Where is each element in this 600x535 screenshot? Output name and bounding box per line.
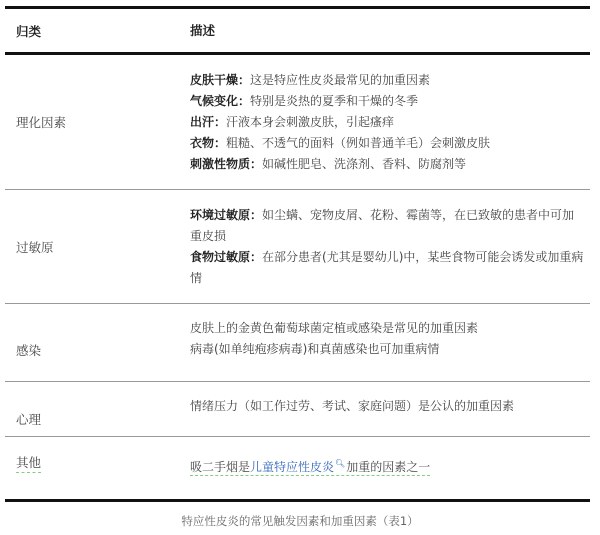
- category-cell: 过敏原: [5, 190, 185, 303]
- description-line: 衣物：粗糙、不透气的面料（例如普通羊毛）会刺激皮肤: [190, 133, 590, 154]
- description-line: 刺激性物质：如碱性肥皂、洗涤剂、香料、防腐剂等: [190, 154, 590, 175]
- table-row: 心理 情绪压力（如工作过劳、考试、家庭问题）是公认的加重因素: [5, 382, 590, 436]
- table-row: 其他 吸二手烟是儿童特应性皮炎🔍︎加重的因素之一: [5, 437, 590, 499]
- triggers-table: 归类 描述 理化因素 皮肤干燥：这是特应性皮炎最常见的加重因素 气候变化：特别是…: [5, 6, 590, 502]
- term-text: 如碱性肥皂、洗涤剂、香料、防腐剂等: [262, 157, 466, 171]
- category-cell: 理化因素: [5, 55, 185, 189]
- sentence-start: 吸二手烟是: [190, 460, 250, 474]
- table-bottom-rule: [5, 499, 590, 502]
- term-label: 食物过敏原：: [190, 250, 262, 264]
- term-text: 粗糙、不透气的面料（例如普通羊毛）会刺激皮肤: [226, 136, 490, 150]
- header-description: 描述: [185, 9, 590, 52]
- annotated-sentence[interactable]: 吸二手烟是儿童特应性皮炎🔍︎加重的因素之一: [190, 460, 430, 476]
- term-label: 皮肤干燥：: [190, 73, 250, 87]
- term-label: 气候变化：: [190, 94, 250, 108]
- term-label: 刺激性物质：: [190, 157, 262, 171]
- category-cell: 感染: [5, 304, 185, 381]
- description-line: 气候变化：特别是炎热的夏季和干燥的冬季: [190, 91, 590, 112]
- description-line: 皮肤干燥：这是特应性皮炎最常见的加重因素: [190, 70, 590, 91]
- description-cell: 情绪压力（如工作过劳、考试、家庭问题）是公认的加重因素: [185, 382, 590, 436]
- description-line: 情绪压力（如工作过劳、考试、家庭问题）是公认的加重因素: [190, 396, 590, 417]
- table-row: 理化因素 皮肤干燥：这是特应性皮炎最常见的加重因素 气候变化：特别是炎热的夏季和…: [5, 55, 590, 189]
- description-line: 病毒(如单纯疱疹病毒)和真菌感染也可加重病情: [190, 339, 590, 360]
- term-text: 特别是炎热的夏季和干燥的冬季: [250, 94, 418, 108]
- description-line: 出汗：汗液本身会刺激皮肤，引起瘙痒: [190, 112, 590, 133]
- category-link[interactable]: 其他: [16, 453, 41, 473]
- description-cell: 皮肤上的金黄色葡萄球菌定植或感染是常见的加重因素 病毒(如单纯疱疹病毒)和真菌感…: [185, 304, 590, 381]
- sentence-end: 加重的因素之一: [346, 460, 430, 474]
- category-cell: 心理: [5, 382, 185, 436]
- search-icon[interactable]: 🔍︎: [335, 453, 345, 474]
- description-line: 食物过敏原：在部分患者(尤其是婴幼儿)中，某些食物可能会诱发或加重病情: [190, 247, 585, 289]
- header-category: 归类: [5, 9, 185, 52]
- table-row: 过敏原 环境过敏原：如尘螨、宠物皮屑、花粉、霉菌等，在已致敏的患者中可加重皮损 …: [5, 190, 590, 303]
- description-line: 皮肤上的金黄色葡萄球菌定植或感染是常见的加重因素: [190, 318, 590, 339]
- description-cell: 环境过敏原：如尘螨、宠物皮屑、花粉、霉菌等，在已致敏的患者中可加重皮损 食物过敏…: [185, 190, 590, 303]
- table-caption: 特应性皮炎的常见触发因素和加重因素（表1）: [0, 513, 600, 529]
- disease-link[interactable]: 儿童特应性皮炎: [250, 460, 334, 474]
- description-line: 吸二手烟是儿童特应性皮炎🔍︎加重的因素之一: [190, 453, 430, 478]
- table-header-row: 归类 描述: [5, 9, 590, 52]
- term-label: 衣物：: [190, 136, 226, 150]
- term-label: 出汗：: [190, 115, 226, 129]
- category-cell: 其他: [5, 437, 185, 499]
- description-cell: 皮肤干燥：这是特应性皮炎最常见的加重因素 气候变化：特别是炎热的夏季和干燥的冬季…: [185, 55, 590, 189]
- term-text: 汗液本身会刺激皮肤，引起瘙痒: [226, 115, 394, 129]
- term-label: 环境过敏原：: [190, 208, 262, 222]
- description-cell: 吸二手烟是儿童特应性皮炎🔍︎加重的因素之一: [185, 437, 590, 499]
- description-line: 环境过敏原：如尘螨、宠物皮屑、花粉、霉菌等，在已致敏的患者中可加重皮损: [190, 205, 585, 247]
- term-text: 这是特应性皮炎最常见的加重因素: [250, 73, 430, 87]
- table-row: 感染 皮肤上的金黄色葡萄球菌定植或感染是常见的加重因素 病毒(如单纯疱疹病毒)和…: [5, 304, 590, 381]
